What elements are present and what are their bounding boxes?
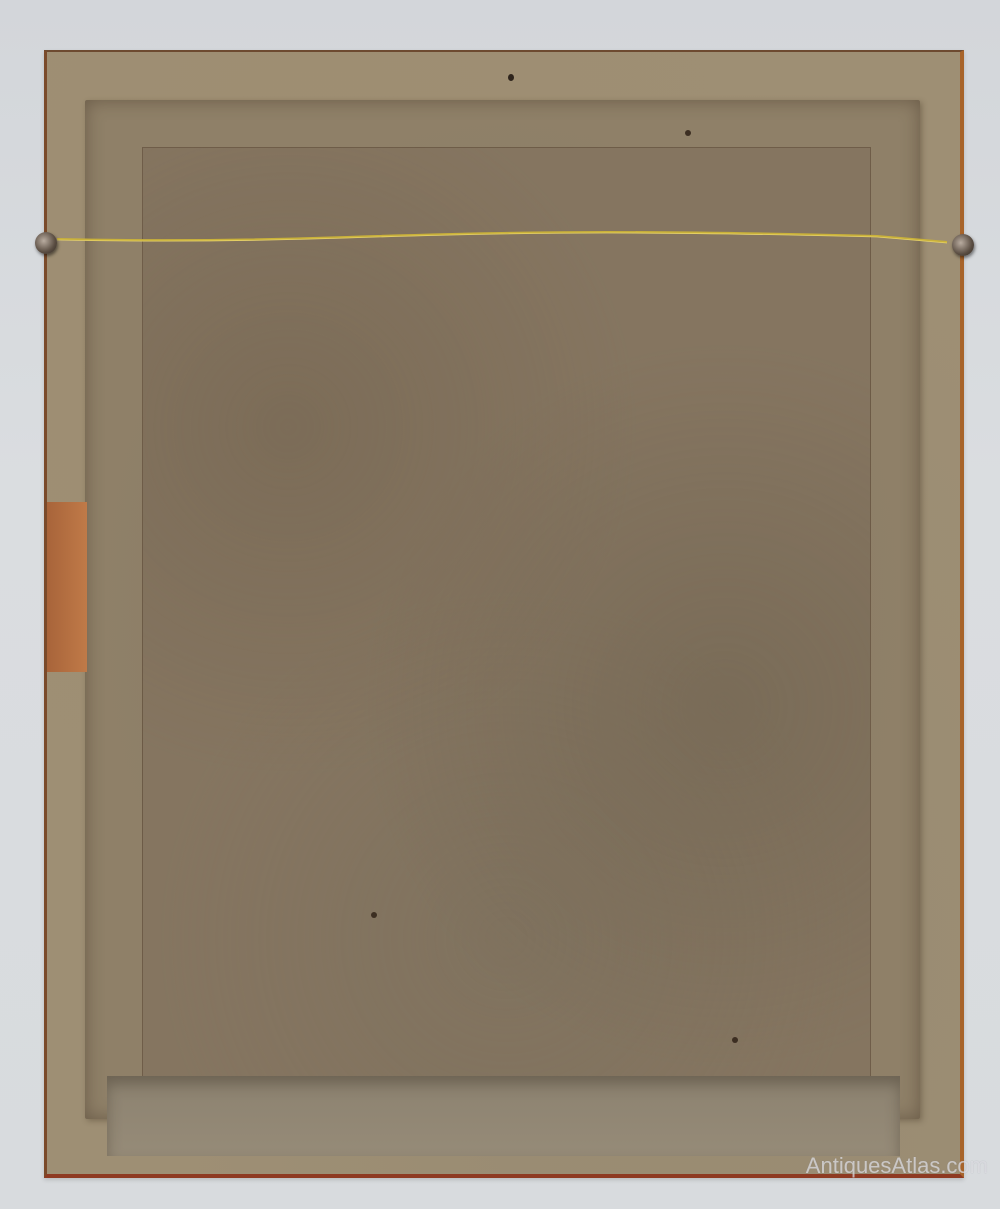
cardboard-backing: [142, 147, 871, 1079]
torn-paper-exposed-wood: [47, 502, 87, 672]
stain-spot: [732, 1037, 738, 1043]
stain-spot: [371, 912, 377, 918]
screw-eye-right: [952, 234, 974, 256]
screw-eye-left: [35, 232, 57, 254]
stain-spot: [685, 130, 691, 136]
nail-hole: [508, 74, 514, 81]
bottom-tape-strip: [107, 1076, 900, 1156]
picture-frame-back: [44, 50, 964, 1178]
hanging-wire: [47, 227, 960, 257]
watermark: AntiquesAtlas.com: [806, 1153, 988, 1179]
